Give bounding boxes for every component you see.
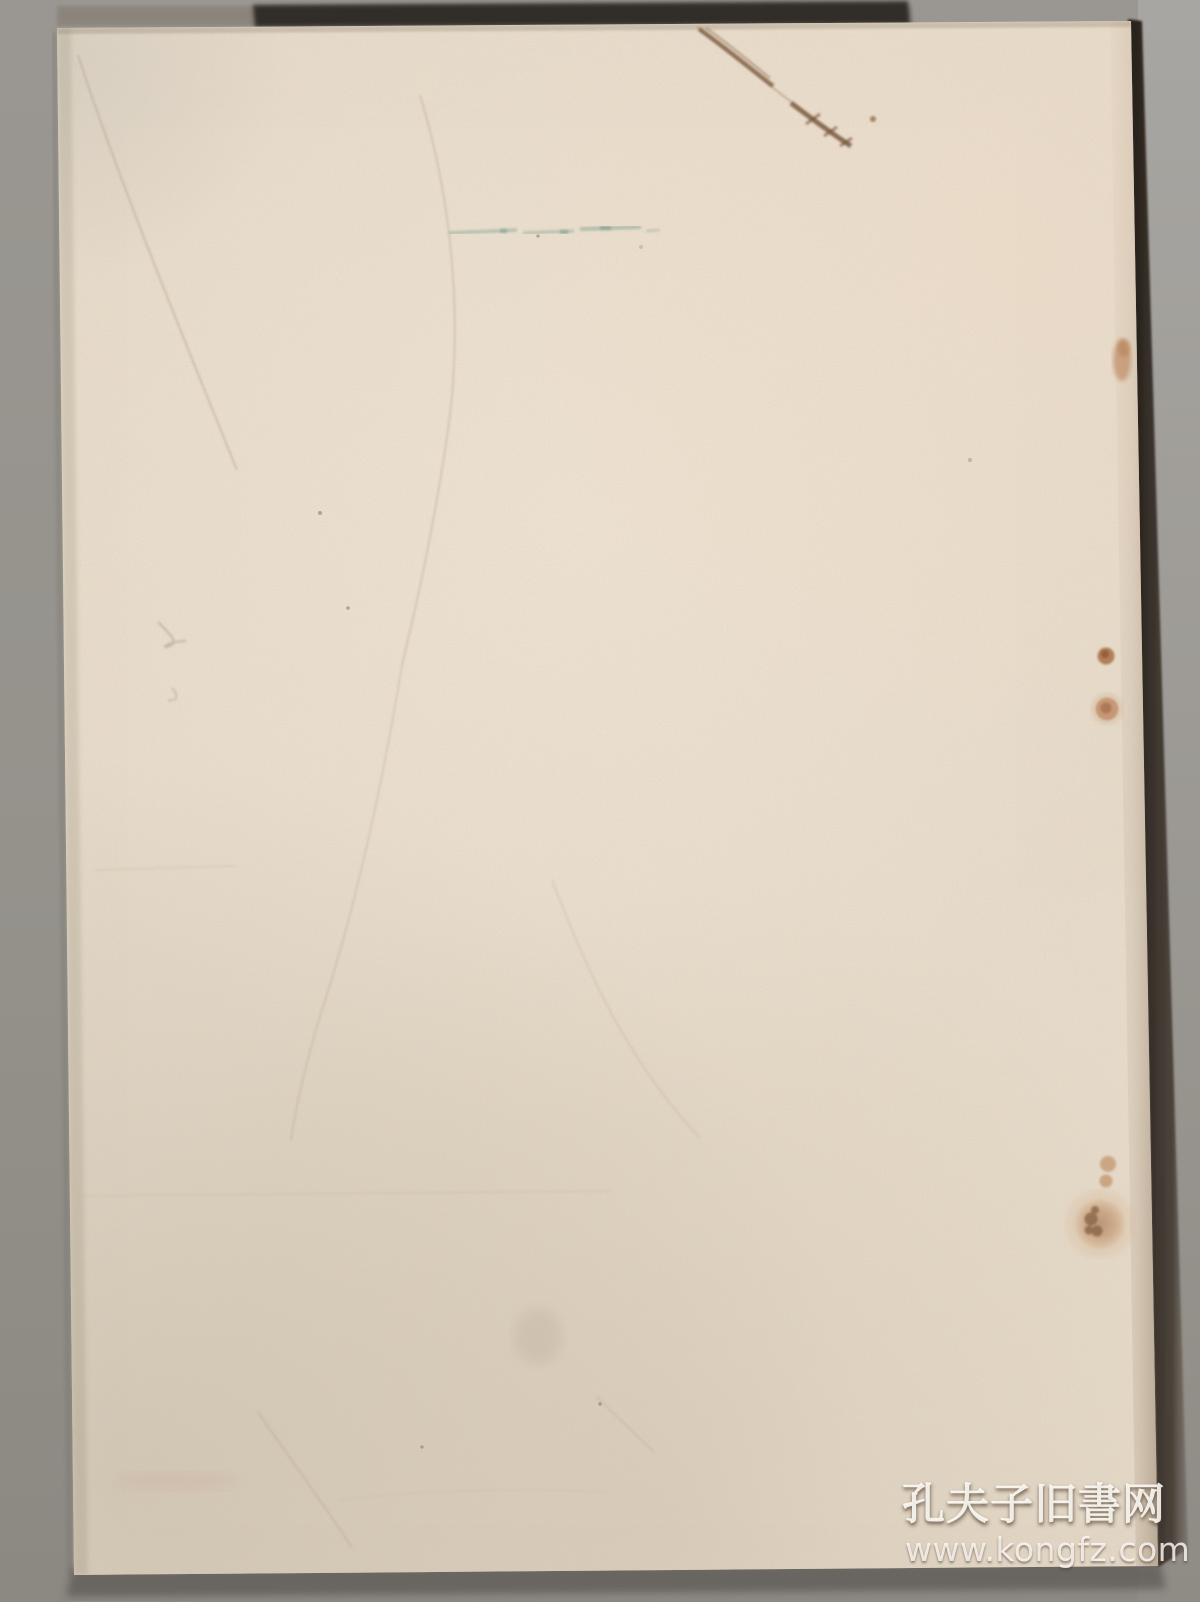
paper-grain bbox=[40, 0, 1180, 1602]
book-scan-artwork bbox=[0, 0, 1200, 1602]
scanner-background: 孔夫子旧書网 www.kongfz.com bbox=[0, 0, 1200, 1602]
top-edge-shadow bbox=[57, 1, 912, 27]
